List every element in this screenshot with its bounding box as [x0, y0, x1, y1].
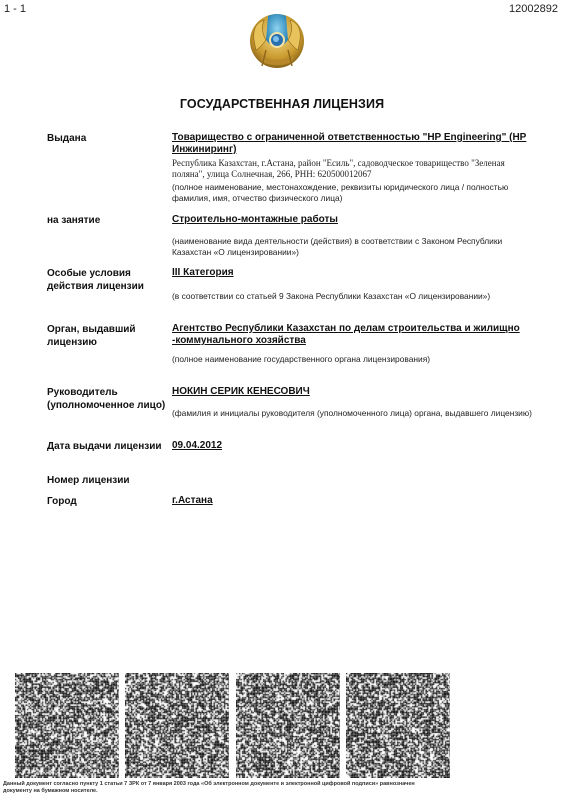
authority-value-block: Агентство Республики Казахстан по делам … [172, 323, 532, 365]
authority-value: Агентство Республики Казахстан по делам … [172, 323, 532, 347]
page-indicator: 1 - 1 [4, 3, 26, 15]
authority-note: (полное наименование государственного ор… [172, 354, 532, 365]
issued-to-label: Выдана [47, 132, 171, 145]
kazakhstan-coat-of-arms-icon [246, 10, 308, 72]
barcode-icon [346, 673, 450, 778]
conditions-label: Особые условия действия лицензии [47, 267, 171, 293]
activity-label: на занятие [47, 214, 171, 227]
issue-date-label: Дата выдачи лицензии [47, 440, 177, 453]
conditions-note: (в соответствии со статьей 9 Закона Респ… [172, 291, 532, 302]
license-number-label: Номер лицензии [47, 474, 171, 487]
activity-note: (наименование вида деятельности (действи… [172, 236, 532, 258]
legal-disclaimer: Данный документ согласно пункту 1 статьи… [3, 781, 423, 795]
issued-to-note: (полное наименование, местонахождение, р… [172, 182, 532, 204]
barcode-icon [236, 673, 340, 778]
issue-date-value-block: 09.04.2012 [172, 440, 532, 452]
document-title: ГОСУДАРСТВЕННАЯ ЛИЦЕНЗИЯ [0, 97, 564, 111]
activity-value: Строительно-монтажные работы [172, 214, 532, 226]
head-value: НОКИН СЕРИК КЕНЕСОВИЧ [172, 386, 532, 398]
head-note: (фамилия и инициалы руководителя (уполно… [172, 408, 532, 419]
city-label: Город [47, 495, 171, 508]
conditions-value-block: III Категория (в соответствии со статьей… [172, 267, 532, 302]
issued-to-value-block: Товарищество с ограниченной ответственно… [172, 132, 532, 204]
issued-to-address: Республика Казахстан, г.Астана, район "Е… [172, 158, 532, 180]
head-label: Руководитель (уполномоченное лицо) [47, 386, 171, 412]
head-value-block: НОКИН СЕРИК КЕНЕСОВИЧ (фамилия и инициал… [172, 386, 532, 419]
issue-date-value: 09.04.2012 [172, 440, 532, 452]
barcode-icon [125, 673, 229, 778]
authority-label: Орган, выдавший лицензию [47, 323, 171, 349]
document-id: 12002892 [509, 3, 558, 15]
barcode-icon [15, 673, 119, 778]
activity-value-block: Строительно-монтажные работы (наименован… [172, 214, 532, 258]
city-value: г.Астана [172, 495, 532, 507]
conditions-value: III Категория [172, 267, 532, 279]
issued-to-value: Товарищество с ограниченной ответственно… [172, 132, 532, 156]
city-value-block: г.Астана [172, 495, 532, 507]
